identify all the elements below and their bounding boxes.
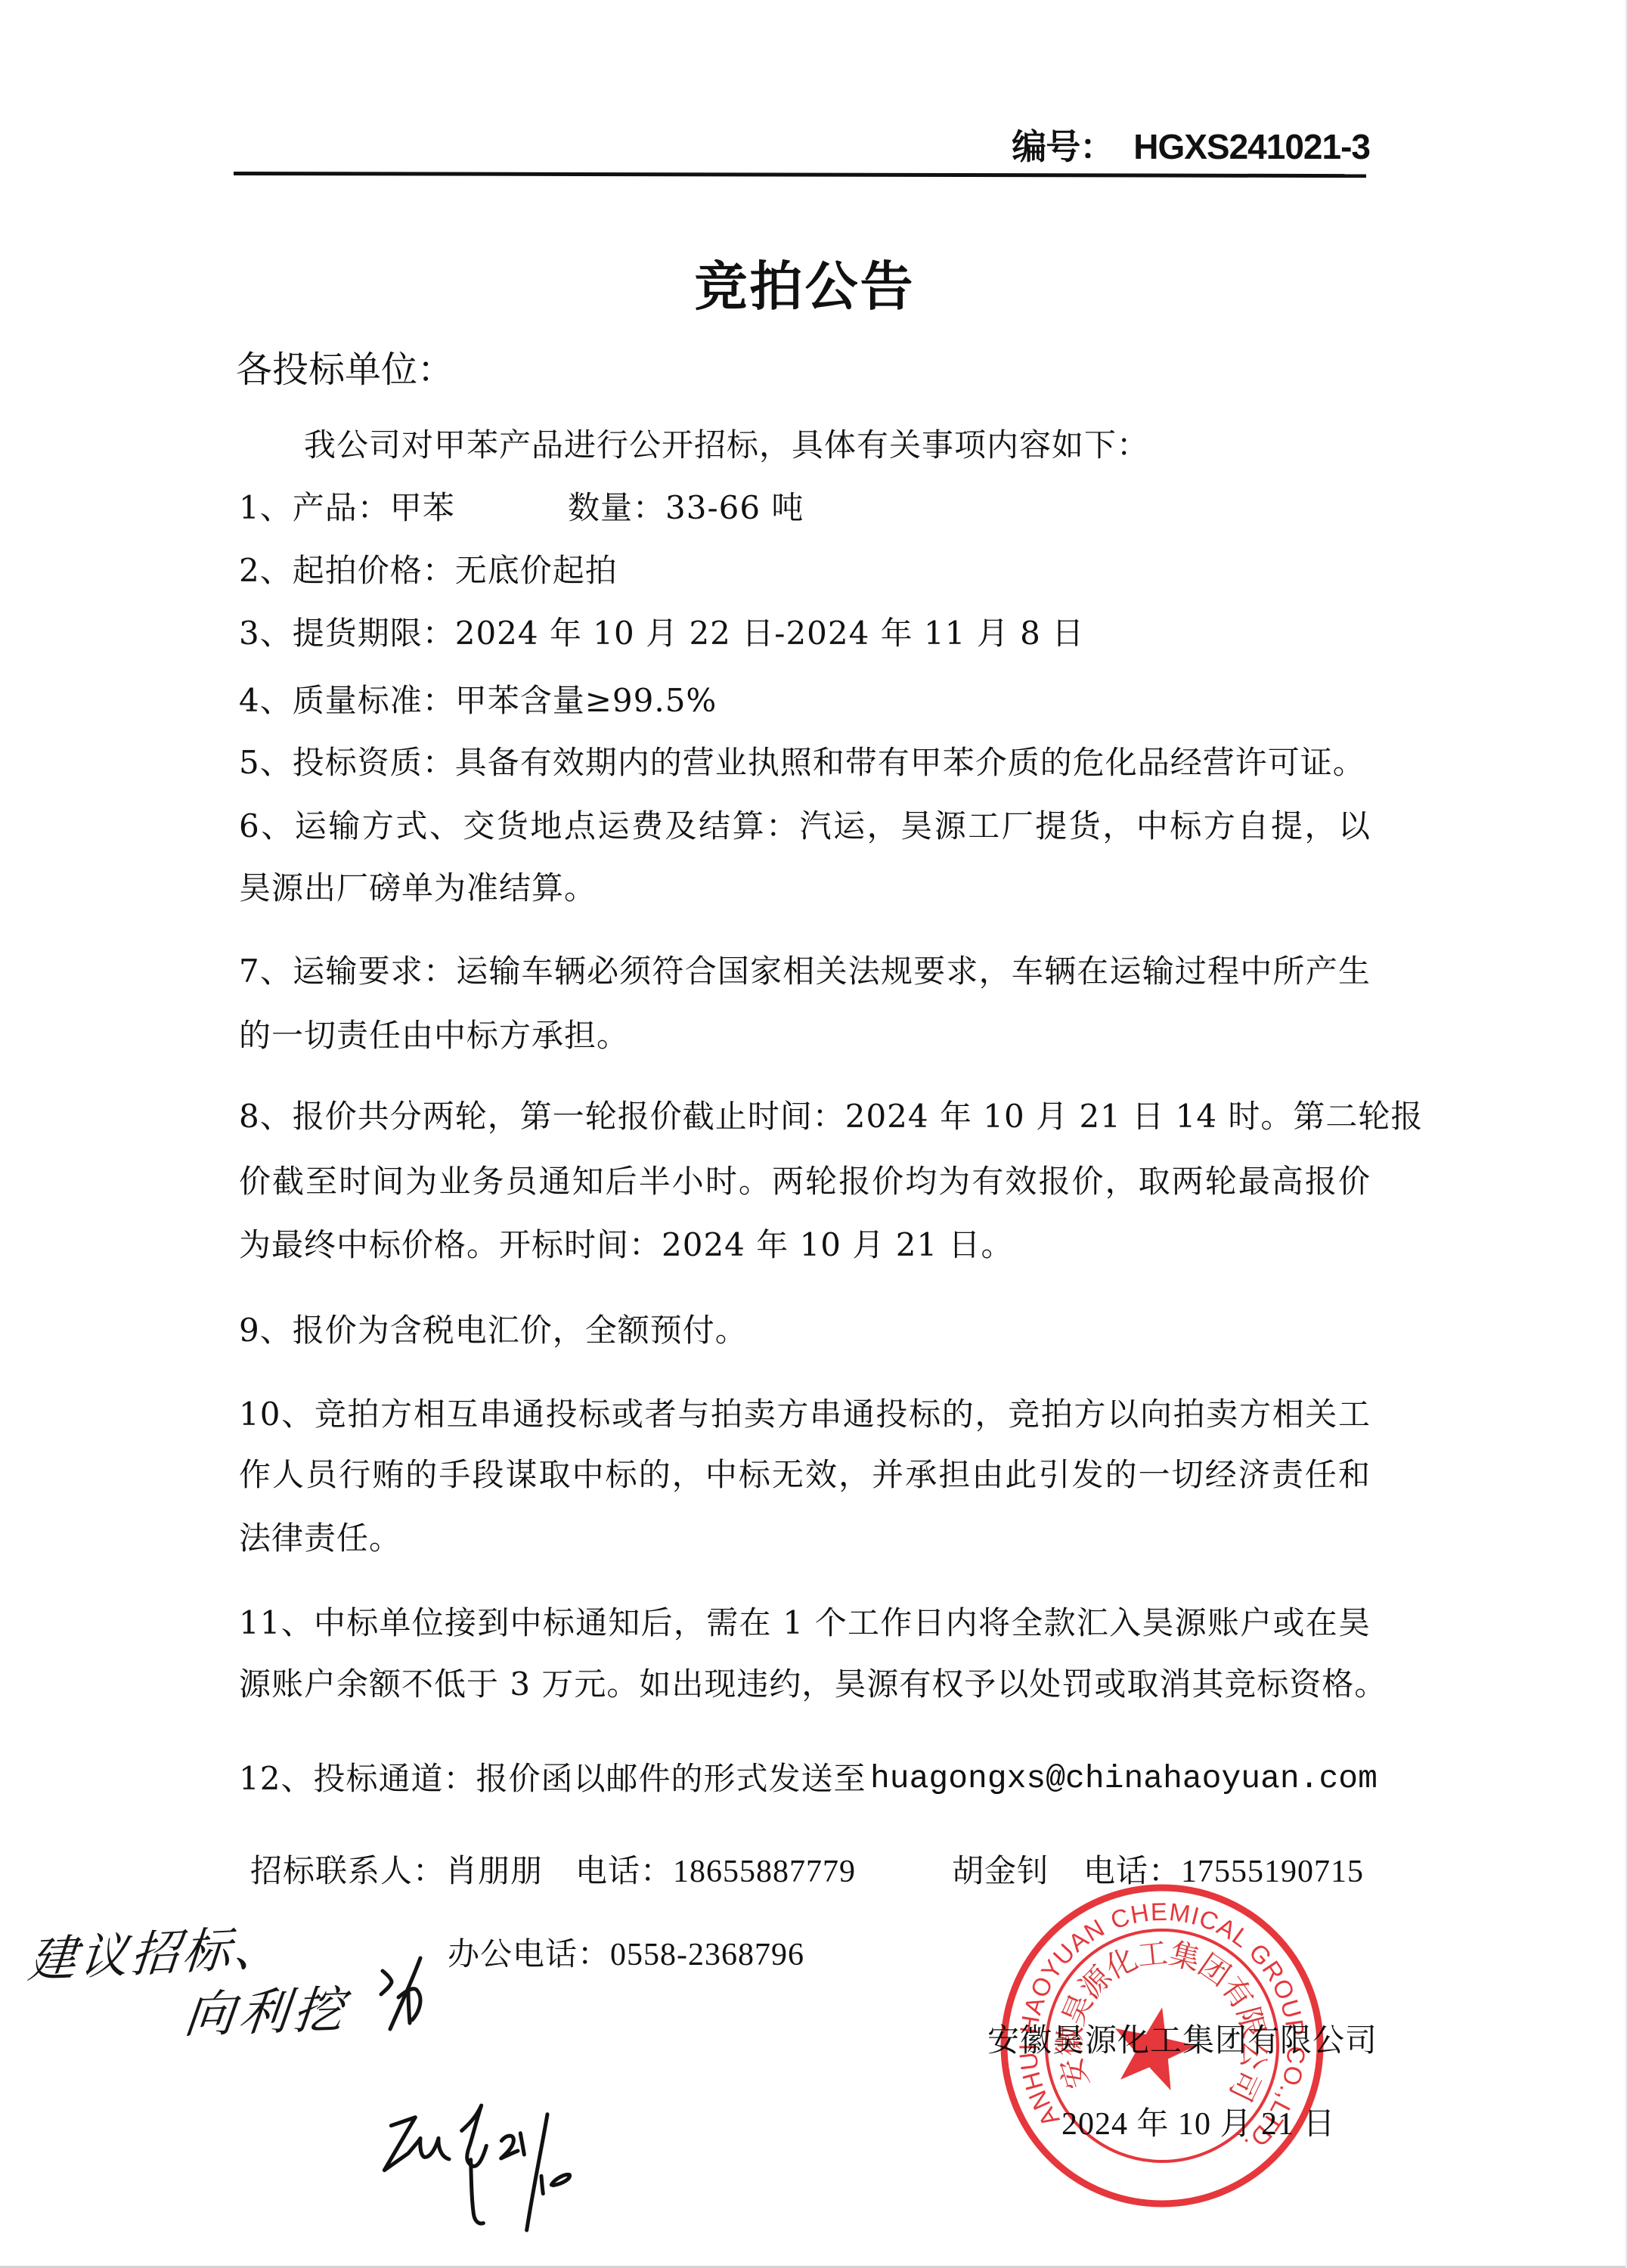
item-1-product: 1、产品：甲苯	[239, 491, 455, 525]
contact-1-phone-label: 电话：	[575, 1854, 673, 1889]
handwritten-note-line-2: 向利挖	[181, 1969, 352, 2046]
contact-2-phone: 电话：17555190715	[1083, 1854, 1364, 1889]
handwritten-initial	[363, 1943, 446, 2041]
item-10-line-2: 作人员行贿的手段谋取中标的，中标无效，并承担由此引发的一切经济责任和	[239, 1458, 1371, 1492]
item-11-line-2: 源账户余额不低于 3 万元。如出现违约，昊源有权予以处罚或取消其竞标资格。	[239, 1667, 1371, 1702]
item-6-line-2: 昊源出厂磅单为准结算。	[239, 871, 597, 906]
contact-2-phone-label: 电话：	[1083, 1854, 1181, 1889]
issue-date: 2024 年 10 月 21 日	[1061, 2107, 1336, 2142]
item-7-line-2: 的一切责任由中标方承担。	[239, 1018, 629, 1053]
item-7-line-1: 7、运输要求：运输车辆必须符合国家相关法规要求，车辆在运输过程中所产生	[239, 954, 1371, 989]
handwritten-signature: 21/10	[333, 2041, 650, 2268]
contact-1-name: 肖朋朋	[445, 1854, 543, 1889]
contact-2-phone-number: 17555190715	[1181, 1854, 1364, 1889]
item-9-payment: 9、报价为含税电汇价，全额预付。	[239, 1313, 748, 1348]
office-phone-label: 办公电话：	[448, 1938, 610, 1972]
contact-1-phone-number: 18655887779	[673, 1854, 856, 1889]
contact-2-name: 胡金钊	[952, 1854, 1049, 1889]
document-number-value: HGXS241021-3	[1133, 127, 1370, 166]
item-8-line-3: 为最终中标价格。开标时间：2024 年 10 月 21 日。	[239, 1228, 1014, 1263]
contact-1: 招标联系人：肖朋朋	[250, 1854, 543, 1889]
contact-label: 招标联系人：	[250, 1854, 445, 1889]
item-5-bidder-qualification: 5、投标资质：具备有效期内的营业执照和带有甲苯介质的危化品经营许可证。	[239, 745, 1365, 780]
item-3-pickup-period: 3、提货期限：2024 年 10 月 22 日-2024 年 11 月 8 日	[239, 616, 1084, 651]
item-8-line-2: 价截至时间为业务员通知后半小时。两轮报价均为有效报价，取两轮最高报价	[239, 1164, 1371, 1199]
item-10-line-3: 法律责任。	[239, 1521, 401, 1556]
bid-email-address: huagongxs@chinahaoyuan.com	[870, 1760, 1378, 1798]
document-number-label: 编号：	[1012, 127, 1114, 166]
item-1-quantity: 数量：33-66 吨	[568, 491, 804, 525]
item-2-starting-price: 2、起拍价格：无底价起拍	[239, 553, 618, 588]
header-rule	[234, 172, 1366, 178]
item-8-line-1: 8、报价共分两轮，第一轮报价截止时间：2024 年 10 月 21 日 14 时…	[239, 1099, 1371, 1134]
office-phone-number: 0558-2368796	[610, 1938, 804, 1972]
item-10-line-1: 10、竞拍方相互串通投标或者与拍卖方串通投标的，竞拍方以向拍卖方相关工	[239, 1397, 1371, 1432]
document-page: 编号：HGXS241021-3 竞拍公告 各投标单位： 我公司对甲苯产品进行公开…	[0, 0, 1627, 2268]
seal-inner-text: 安徽昊源化工集团有限公司	[1052, 1936, 1272, 2107]
salutation: 各投标单位：	[236, 349, 454, 390]
item-11-line-1: 11、中标单位接到中标通知后，需在 1 个工作日内将全款汇入昊源账户或在昊	[239, 1606, 1371, 1641]
item-4-quality-standard: 4、质量标准：甲苯含量≥99.5%	[239, 683, 717, 718]
contact-1-phone: 电话：18655887779	[575, 1854, 856, 1889]
page-title: 竞拍公告	[239, 254, 1371, 319]
item-12-bid-channel: 12、投标通道：报价函以邮件的形式发送至	[239, 1761, 866, 1796]
item-6-line-1: 6、运输方式、交货地点运费及结算：汽运，昊源工厂提货，中标方自提，以	[239, 809, 1371, 844]
intro-paragraph: 我公司对甲苯产品进行公开招标，具体有关事项内容如下：	[304, 428, 1149, 463]
issuer-company: 安徽昊源化工集团有限公司	[987, 2024, 1378, 2059]
office-phone: 办公电话：0558-2368796	[448, 1938, 804, 1972]
seal-inner-text-path: 安徽昊源化工集团有限公司	[1052, 1936, 1272, 2107]
document-number: 编号：HGXS241021-3	[975, 127, 1370, 166]
